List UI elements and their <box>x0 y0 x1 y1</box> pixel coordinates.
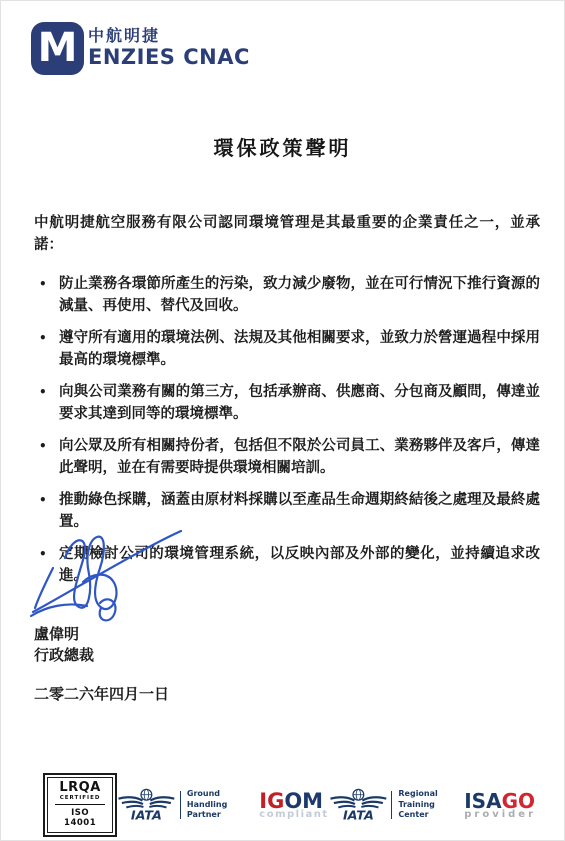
company-name-chinese: 中航明捷 <box>88 27 250 45</box>
lrqa-iso-standard-text: ISO 14001 <box>55 808 105 828</box>
bullet-text: 遵守所有適用的環境法例、法規及其他相關要求，並致力於營運過程中採用最高的環境標準… <box>59 327 540 371</box>
signatory-title: 行政總裁 <box>34 645 189 666</box>
handwritten-signature <box>29 524 189 624</box>
policy-bullet-4: • 向公眾及所有相關持份者，包括但不限於公司員工、業務夥伴及客戶，傳達此聲明，並… <box>34 435 540 479</box>
iata-caption-line2: Training Center <box>398 800 464 821</box>
company-name-english: ENZIES CNAC <box>88 45 250 70</box>
divider <box>180 791 181 819</box>
bullet-text: 向與公司業務有關的第三方，包括承辦商、供應商、分包商及顧問，傳達並要求其達到同等… <box>59 381 540 425</box>
iata-ground-handling-logo: IATA Ground Handling Partner <box>117 786 259 824</box>
policy-document-page: M 中航明捷 ENZIES CNAC 環保政策聲明 中航明捷航空服務有限公司認同… <box>0 0 565 841</box>
iata-wings-globe-icon: IATA <box>329 786 388 824</box>
document-date: 二零二六年四月一日 <box>34 683 189 704</box>
iata-caption-line2: Partner <box>187 810 259 820</box>
iata-caption: Ground Handling Partner <box>187 789 259 820</box>
policy-bullet-2: • 遵守所有適用的環境法例、法規及其他相關要求，並致力於營運過程中採用最高的環境… <box>34 327 540 371</box>
bullet-marker: • <box>34 381 59 425</box>
intro-paragraph: 中航明捷航空服務有限公司認同環境管理是其最重要的企業責任之一，並承諾： <box>34 212 540 256</box>
policy-bullet-1: • 防止業務各環節所產生的污染，致力減少廢物，並在可行情況下推行資源的減量、再使… <box>34 273 540 317</box>
iata-caption: Regional Training Center <box>398 789 464 820</box>
isago-provider-logo: ISAGO provider <box>464 791 536 820</box>
company-logo-text: 中航明捷 ENZIES CNAC <box>88 22 250 75</box>
bullet-marker: • <box>34 435 59 479</box>
menzies-m-monogram-icon: M <box>31 22 84 75</box>
company-logo: M 中航明捷 ENZIES CNAC <box>31 22 250 75</box>
iata-wings-globe-icon: IATA <box>117 786 176 824</box>
signature-block: 盧偉明 行政總裁 二零二六年四月一日 <box>29 524 189 704</box>
iata-wordmark: IATA <box>131 809 162 824</box>
iata-wordmark: IATA <box>343 809 374 824</box>
iata-caption-line1: Regional <box>398 789 464 799</box>
igom-compliant-logo: IGOM compliant <box>259 791 328 820</box>
bullet-text: 防止業務各環節所產生的污染，致力減少廢物，並在可行情況下推行資源的減量、再使用、… <box>59 273 540 317</box>
lrqa-badge-inner: LRQA CERTIFIED ISO 14001 <box>47 777 113 833</box>
igom-caption: compliant <box>259 809 328 820</box>
divider <box>391 791 392 819</box>
page-title: 環保政策聲明 <box>1 132 564 161</box>
bullet-marker: • <box>34 273 59 317</box>
certification-logo-strip: LRQA CERTIFIED ISO 14001 IATA <box>43 776 536 834</box>
lrqa-iso14001-badge: LRQA CERTIFIED ISO 14001 <box>43 773 117 837</box>
iata-regional-training-logo: IATA Regional Training Center <box>329 786 465 824</box>
lrqa-brand-text: LRQA <box>55 781 105 794</box>
iata-caption-line1: Ground Handling <box>187 789 259 810</box>
lrqa-certified-text: CERTIFIED <box>55 795 105 805</box>
isago-caption: provider <box>464 809 536 820</box>
policy-bullet-3: • 向與公司業務有關的第三方，包括承辦商、供應商、分包商及顧問，傳達並要求其達到… <box>34 381 540 425</box>
bullet-marker: • <box>34 327 59 371</box>
monogram-letter: M <box>38 28 78 68</box>
signatory-name: 盧偉明 <box>34 624 189 645</box>
bullet-text: 向公眾及所有相關持份者，包括但不限於公司員工、業務夥伴及客戶，傳達此聲明，並在有… <box>59 435 540 479</box>
isago-wordmark: ISAGO <box>464 791 536 811</box>
